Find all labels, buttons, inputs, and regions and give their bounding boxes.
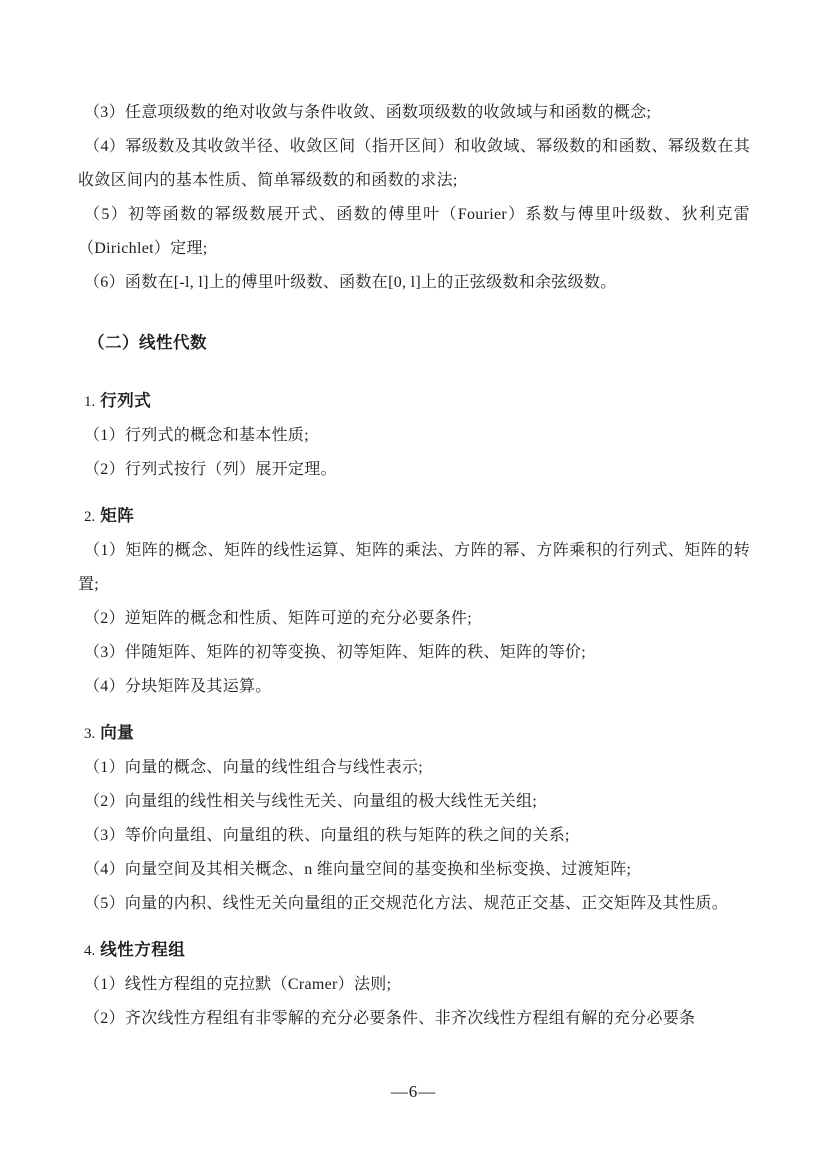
section-number: 2. — [84, 509, 95, 525]
section-number: 4. — [84, 943, 95, 959]
section-heading: 3.向量 — [78, 716, 750, 751]
list-item: （1）向量的概念、向量的线性组合与线性表示; — [78, 751, 750, 785]
section-number: 1. — [84, 394, 95, 410]
list-item: （1）线性方程组的克拉默（Cramer）法则; — [78, 968, 750, 1002]
section-title: 行列式 — [100, 392, 151, 410]
section-linear-equations: 4.线性方程组 （1）线性方程组的克拉默（Cramer）法则; （2）齐次线性方… — [78, 933, 750, 1036]
section-vector: 3.向量 （1）向量的概念、向量的线性组合与线性表示; （2）向量组的线性相关与… — [78, 716, 750, 921]
list-item: （3）伴随矩阵、矩阵的初等变换、初等矩阵、矩阵的秩、矩阵的等价; — [78, 636, 750, 670]
section-matrix: 2.矩阵 （1）矩阵的概念、矩阵的线性运算、矩阵的乘法、方阵的幂、方阵乘积的行列… — [78, 499, 750, 704]
content-area: （3）任意项级数的绝对收敛与条件收敛、函数项级数的收敛域与和函数的概念; （4）… — [78, 96, 750, 1036]
part-heading-linear-algebra: （二）线性代数 — [78, 326, 750, 360]
page-number: —6— — [0, 1080, 827, 1104]
list-item: （4）分块矩阵及其运算。 — [78, 670, 750, 704]
section-heading: 1.行列式 — [78, 384, 750, 419]
document-page: （3）任意项级数的绝对收敛与条件收敛、函数项级数的收敛域与和函数的概念; （4）… — [0, 0, 827, 1169]
section-determinant: 1.行列式 （1）行列式的概念和基本性质; （2）行列式按行（列）展开定理。 — [78, 384, 750, 487]
list-item: （6）函数在[-l, l]上的傅里叶级数、函数在[0, l]上的正弦级数和余弦级… — [78, 266, 750, 300]
list-item: （3）任意项级数的绝对收敛与条件收敛、函数项级数的收敛域与和函数的概念; — [78, 96, 750, 130]
list-item: （4）向量空间及其相关概念、n 维向量空间的基变换和坐标变换、过渡矩阵; — [78, 853, 750, 887]
section-title: 矩阵 — [100, 507, 134, 525]
section-title: 向量 — [100, 724, 134, 742]
list-item: （1）矩阵的概念、矩阵的线性运算、矩阵的乘法、方阵的幂、方阵乘积的行列式、矩阵的… — [78, 534, 750, 602]
list-item: （2）齐次线性方程组有非零解的充分必要条件、非齐次线性方程组有解的充分必要条 — [78, 1002, 750, 1036]
section-title: 线性方程组 — [100, 941, 185, 959]
section-number: 3. — [84, 726, 95, 742]
list-item: （4）幂级数及其收敛半径、收敛区间（指开区间）和收敛域、幂级数的和函数、幂级数在… — [78, 130, 750, 198]
list-item: （2）行列式按行（列）展开定理。 — [78, 453, 750, 487]
list-item: （2）逆矩阵的概念和性质、矩阵可逆的充分必要条件; — [78, 602, 750, 636]
list-item: （1）行列式的概念和基本性质; — [78, 419, 750, 453]
list-item: （2）向量组的线性相关与线性无关、向量组的极大线性无关组; — [78, 785, 750, 819]
list-item: （3）等价向量组、向量组的秩、向量组的秩与矩阵的秩之间的关系; — [78, 819, 750, 853]
list-item: （5）初等函数的幂级数展开式、函数的傅里叶（Fourier）系数与傅里叶级数、狄… — [78, 198, 750, 266]
section-heading: 4.线性方程组 — [78, 933, 750, 968]
section-heading: 2.矩阵 — [78, 499, 750, 534]
list-item: （5）向量的内积、线性无关向量组的正交规范化方法、规范正交基、正交矩阵及其性质。 — [78, 887, 750, 921]
